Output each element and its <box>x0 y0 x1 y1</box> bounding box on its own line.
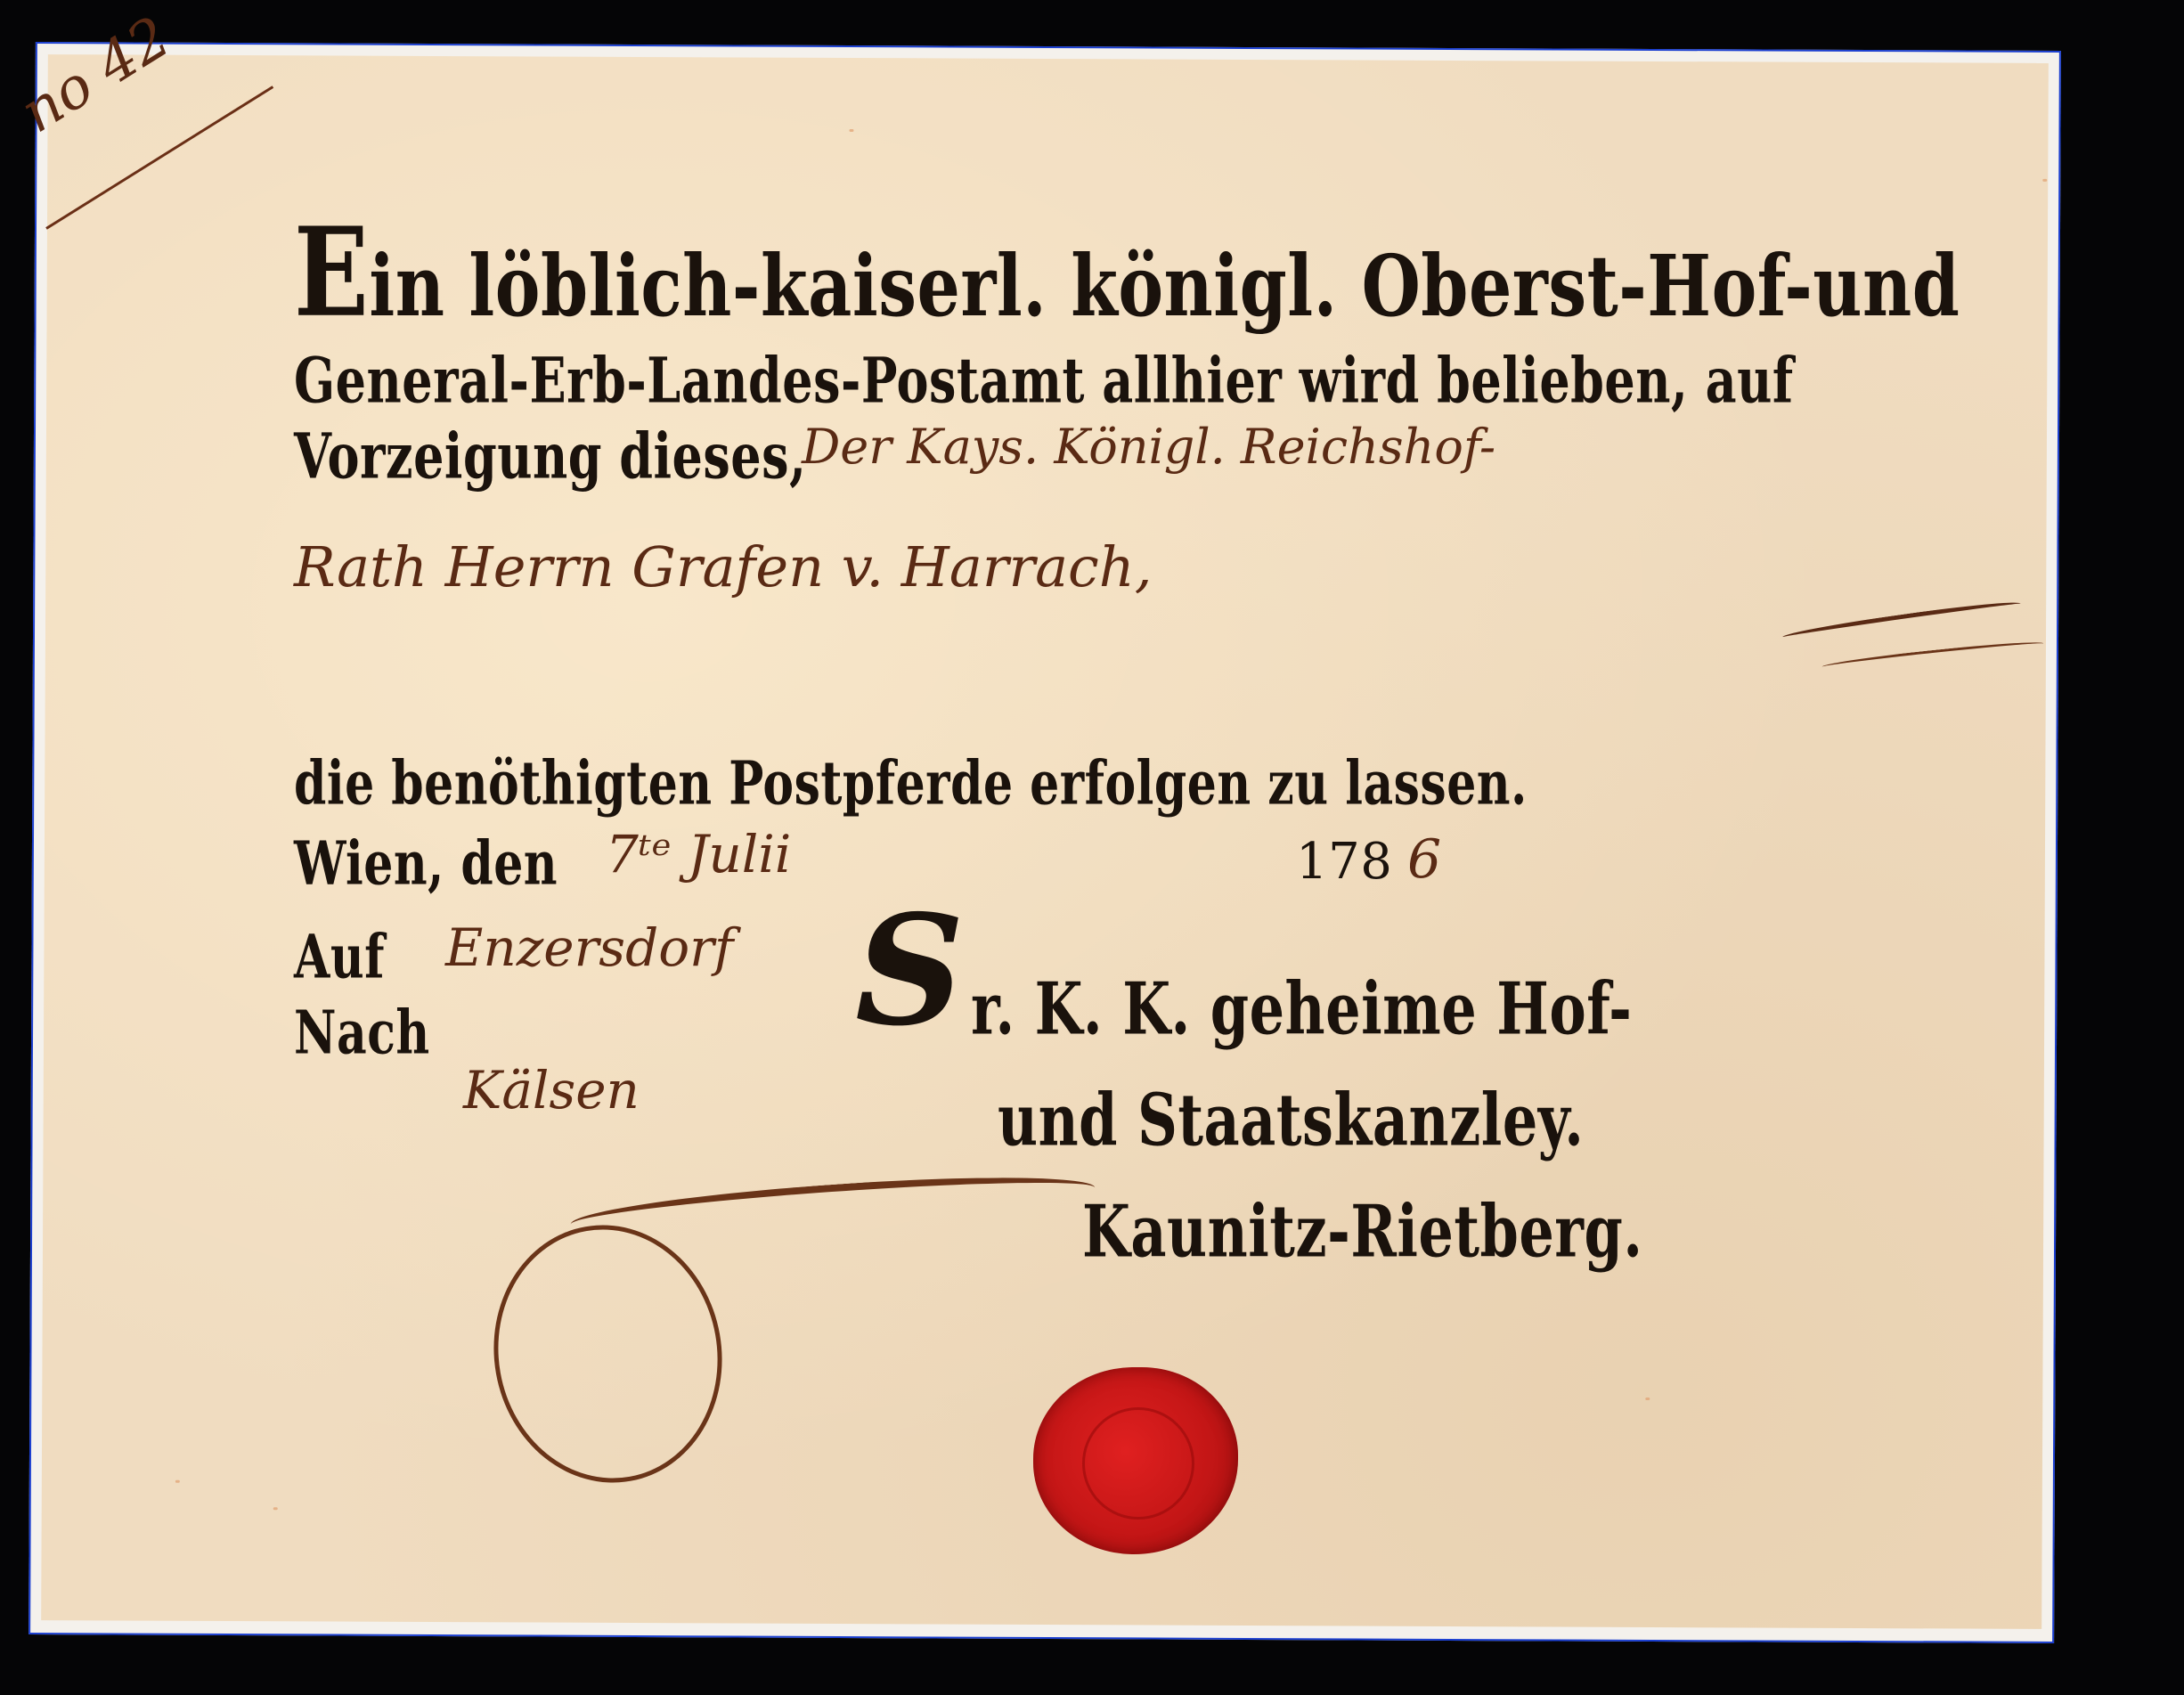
handwritten-bearer-line-2: Rath Herrn Grafen v. Harrach, <box>294 534 1152 599</box>
printed-line-postpferde: die benöthigten Postpferde erfolgen zu l… <box>294 748 1528 819</box>
handwritten-to-place: Kälsen <box>463 1060 640 1120</box>
drop-cap: E <box>294 200 369 344</box>
handwritten-bearer-line-1: Der Kays. Königl. Reichshof- <box>802 419 1495 475</box>
paper-speck <box>273 1507 278 1510</box>
wax-seal <box>1033 1367 1238 1554</box>
printed-label-auf: Auf <box>294 922 385 992</box>
handwritten-date: 7ᵗᵉ Julii <box>606 824 791 884</box>
paper-speck <box>175 1480 180 1483</box>
printed-line-1: Ein löblich-kaiserl. königl. Oberst-Hof-… <box>294 200 1960 344</box>
printed-label-nach: Nach <box>294 998 430 1068</box>
paper-speck <box>2042 179 2047 182</box>
signature-ornate-initial: S <box>855 882 965 1060</box>
paper-speck <box>1645 1398 1650 1400</box>
printed-line-3: Vorzeigung dieses, <box>294 419 806 493</box>
printed-year: 178 <box>1296 833 1392 891</box>
handwritten-year-digit: 6 <box>1407 828 1441 891</box>
signature-line-2: und Staatskanzley. <box>998 1078 1584 1162</box>
paper-speck <box>849 129 853 132</box>
handwritten-from-place: Enzersdorf <box>445 917 733 978</box>
printed-line-1-text: in löblich-kaiserl. königl. Oberst-Hof-u… <box>369 236 1960 335</box>
printed-line-2: General-Erb-Landes-Postamt allhier wird … <box>294 343 1794 417</box>
seal-emblem <box>1082 1407 1194 1520</box>
printed-line-wien-den: Wien, den <box>294 828 558 899</box>
signature-line-1: r. K. K. geheime Hof- <box>971 966 1632 1051</box>
signature-line-3: Kaunitz-Rietberg. <box>1082 1189 1642 1274</box>
